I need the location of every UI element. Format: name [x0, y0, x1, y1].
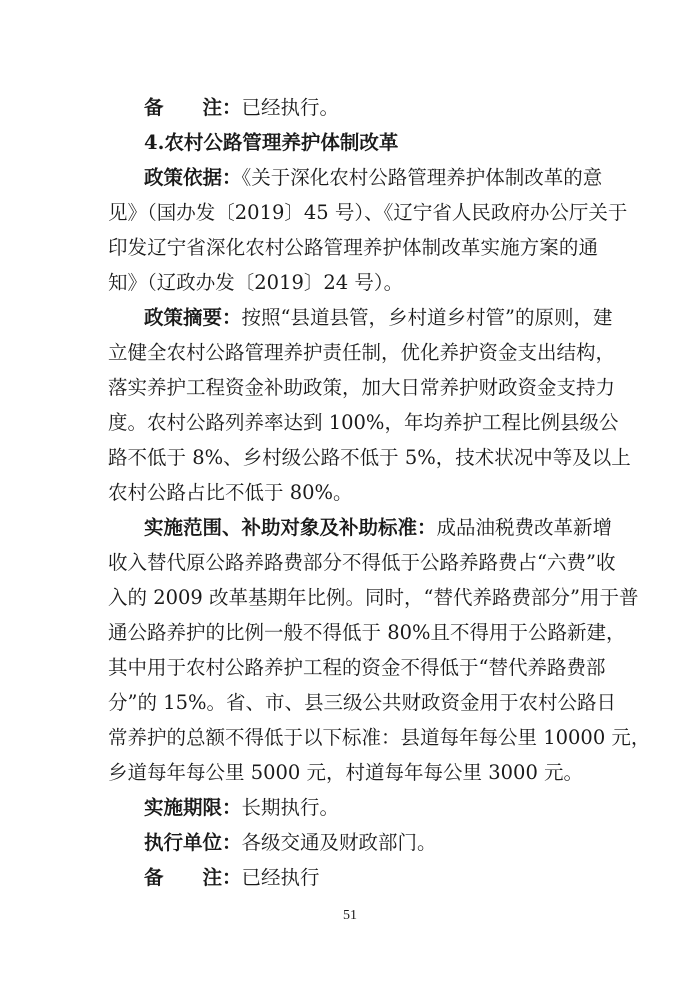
policy-basis-line-4: 知》（辽政办发〔2019〕24 号）。: [108, 265, 598, 300]
section-heading: 4.农村公路管理养护体制改革: [144, 125, 598, 160]
note-label: 备 注：: [144, 96, 242, 119]
policy-basis-line-2: 见》（国办发〔2019〕45 号）、《辽宁省人民政府办公厅关于: [108, 195, 598, 230]
policy-summary-text: 按照“县道县管，乡村道乡村管”的原则，建: [242, 306, 613, 329]
scope-line-2: 收入替代原公路养路费部分不得低于公路养路费占“六费”收: [108, 545, 598, 580]
executing-unit-label: 执行单位：: [144, 831, 242, 854]
executing-unit-line: 执行单位：各级交通及财政部门。: [144, 825, 598, 860]
policy-basis-text: 《关于深化农村公路管理养护体制改革的意: [242, 166, 603, 189]
policy-basis-label: 政策依据：: [144, 166, 242, 189]
executing-unit-text: 各级交通及财政部门。: [242, 831, 437, 854]
policy-summary-line-4: 度。农村公路列养率达到 100%，年均养护工程比例县级公: [108, 405, 598, 440]
scope-label: 实施范围、补助对象及补助标准：: [144, 516, 437, 539]
scope-line-6: 分”的 15%。省、市、县三级公共财政资金用于农村公路日: [108, 685, 598, 720]
policy-summary-line-5: 路不低于 8%、乡村级公路不低于 5%，技术状况中等及以上: [108, 440, 598, 475]
top-note-line: 备 注：已经执行。: [144, 90, 598, 125]
note-label: 备 注：: [144, 866, 242, 889]
scope-line-1: 实施范围、补助对象及补助标准：成品油税费改革新增: [144, 510, 598, 545]
implementation-period-line: 实施期限：长期执行。: [144, 790, 598, 825]
policy-summary-label: 政策摘要：: [144, 306, 242, 329]
scope-text: 成品油税费改革新增: [437, 516, 613, 539]
scope-line-8: 乡道每年每公里 5000 元，村道每年每公里 3000 元。: [108, 755, 598, 790]
policy-summary-line-2: 立健全农村公路管理养护责任制，优化养护资金支出结构，: [108, 335, 598, 370]
implementation-period-label: 实施期限：: [144, 796, 242, 819]
note-text: 已经执行: [242, 866, 320, 889]
policy-summary-line-3: 落实养护工程资金补助政策，加大日常养护财政资金支持力: [108, 370, 598, 405]
document-page: 备 注：已经执行。 4.农村公路管理养护体制改革 政策依据：《关于深化农村公路管…: [0, 0, 700, 990]
policy-basis-line-3: 印发辽宁省深化农村公路管理养护体制改革实施方案的通: [108, 230, 598, 265]
policy-summary-line-6: 农村公路占比不低于 80%。: [108, 475, 598, 510]
note-text: 已经执行。: [242, 96, 340, 119]
scope-line-4: 通公路养护的比例一般不得低于 80%且不得用于公路新建，: [108, 615, 598, 650]
bottom-note-line: 备 注：已经执行: [144, 860, 598, 895]
page-number: 51: [0, 908, 700, 924]
scope-line-3: 入的 2009 改革基期年比例。同时，“替代养路费部分”用于普: [108, 580, 598, 615]
scope-line-7: 常养护的总额不得低于以下标准：县道每年每公里 10000 元，: [108, 720, 598, 755]
implementation-period-text: 长期执行。: [242, 796, 340, 819]
scope-line-5: 其中用于农村公路养护工程的资金不得低于“替代养路费部: [108, 650, 598, 685]
policy-basis-line-1: 政策依据：《关于深化农村公路管理养护体制改革的意: [144, 160, 598, 195]
policy-summary-line-1: 政策摘要：按照“县道县管，乡村道乡村管”的原则，建: [144, 300, 598, 335]
